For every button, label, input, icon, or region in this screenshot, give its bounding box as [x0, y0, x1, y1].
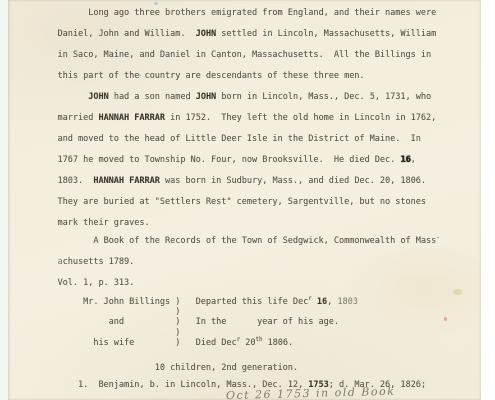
text-line: Mr. John Billings ) Departed this life D…: [58, 297, 358, 307]
paper-stain-yellow: [453, 289, 462, 295]
text-line: married HANNAH FARRAR in 1752. They left…: [58, 108, 437, 129]
text-line: Vol. 1, p. 313.: [58, 273, 440, 294]
scan-margin-left: [0, 0, 8, 400]
text-line: 1767 he moved to Township No. Four, now …: [58, 150, 437, 171]
ink-speck-cyan: [269, 30, 272, 33]
text-line: in Saco, Maine, and Daniel in Canton, Ma…: [58, 45, 437, 66]
text-line: and moved to the head of Little Deer Isl…: [58, 129, 437, 150]
ink-speck-red: [444, 317, 447, 321]
text-line: They are buried at "Settlers Rest" cemet…: [58, 192, 437, 213]
text-line: Daniel, John and William. JOHN settled i…: [58, 24, 437, 45]
text-line: JOHN had a son named JOHN born in Lincol…: [58, 87, 437, 108]
ink-speck-cyan: [138, 74, 141, 77]
intro-paragraphs: Long ago three brothers emigrated from E…: [58, 3, 437, 234]
death-record-table: Mr. John Billings ) Departed this life D…: [58, 297, 358, 349]
ink-speck-cyan: [218, 57, 220, 59]
text-line: his wife ) Died Decr 20th 1806.: [58, 338, 358, 348]
text-line: Long ago three brothers emigrated from E…: [58, 3, 437, 24]
text-line: and ) In the year of his age.: [58, 317, 358, 327]
text-line: ): [58, 328, 358, 338]
ink-speck-cyan: [154, 2, 158, 5]
records-citation: A Book of the Records of the Town of Sed…: [58, 231, 440, 294]
scanned-document-page: Long ago three brothers emigrated from E…: [8, 0, 481, 400]
scan-margin-right: [481, 0, 495, 400]
text-line: 1803. HANNAH FARRAR was born in Sudbury,…: [58, 171, 437, 192]
text-line: ): [58, 307, 358, 317]
text-line: this part of the country are descendants…: [58, 66, 437, 87]
text-line: achusetts 1789.: [58, 252, 440, 273]
text-line: A Book of the Records of the Town of Sed…: [58, 231, 440, 252]
